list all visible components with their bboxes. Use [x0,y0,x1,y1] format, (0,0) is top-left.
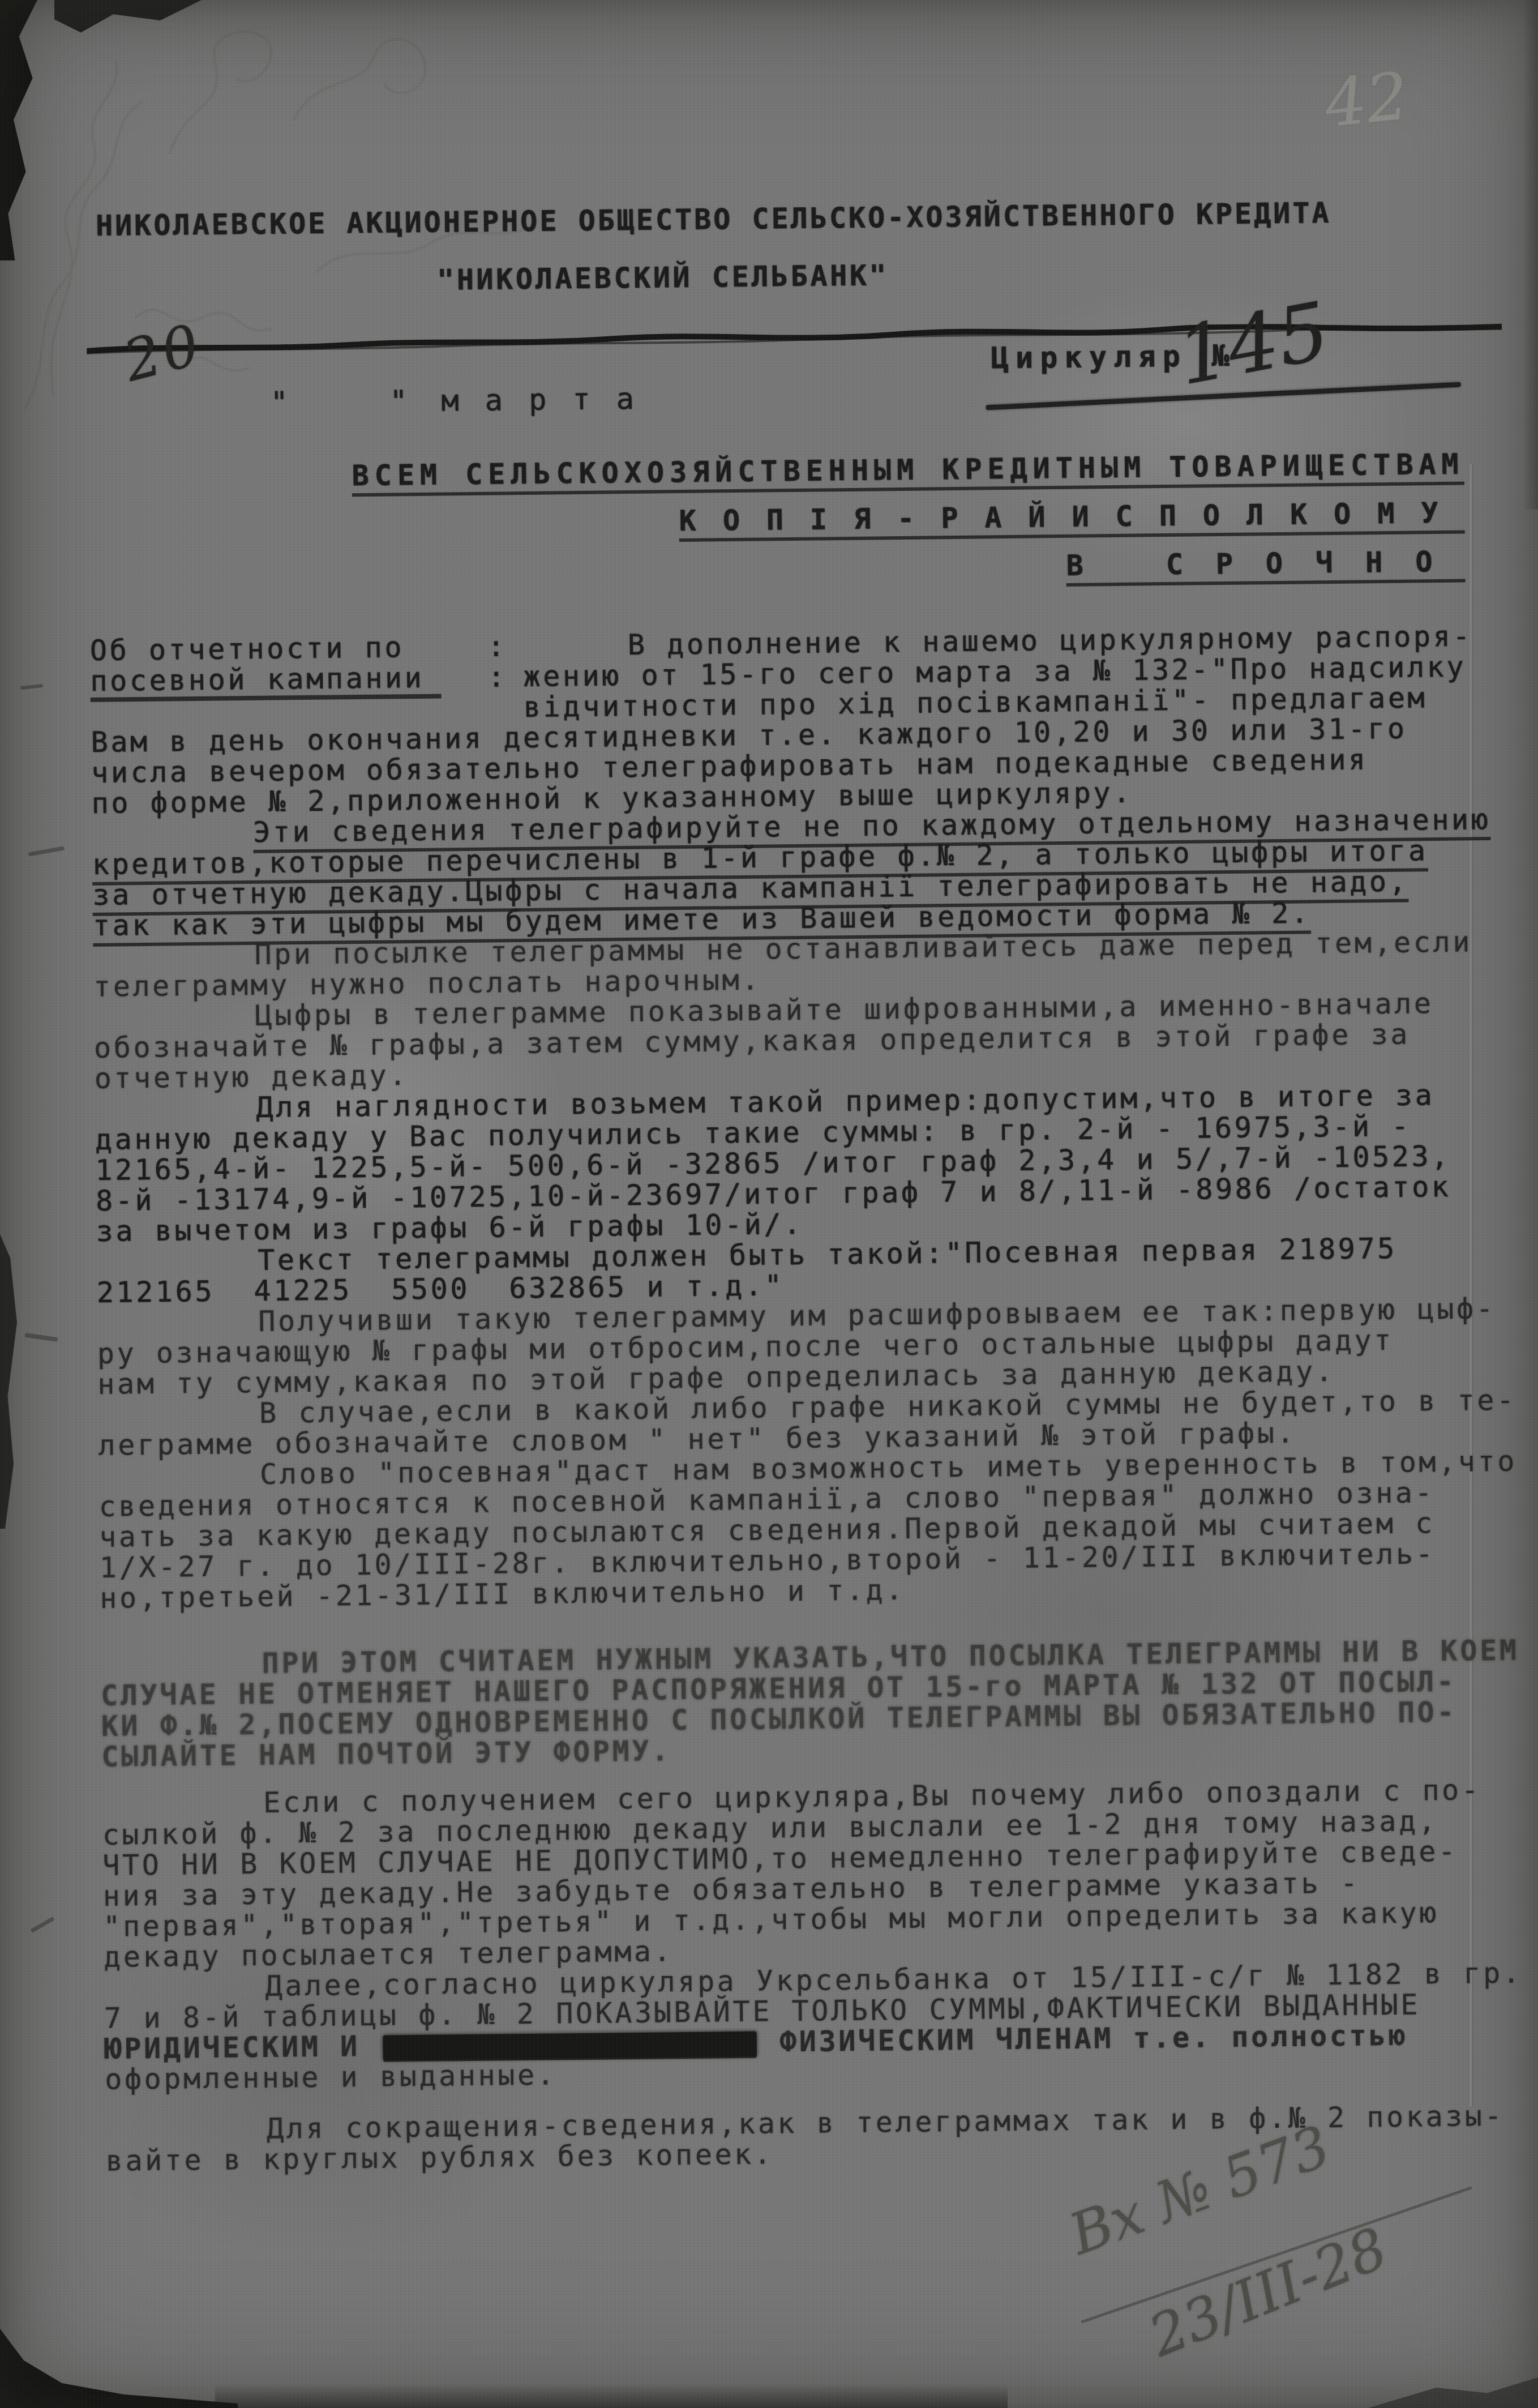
body-text: Об отчетности по: посевной кампании: В д… [90,621,1519,2176]
month-label: марта [441,382,660,418]
paragraph-10-capitals: ПРИ ЭТОМ СЧИТАЕМ НУЖНЫМ УКАЗАТЬ,ЧТО ПОСЫ… [100,1635,1515,1772]
circular-number-field: Циркуляр № 145 [991,336,1479,426]
paragraph-12: Далее,согласно циркуляра Укрсельбанка от… [104,1958,1518,2095]
handwritten-circular-number: 145 [1171,285,1336,403]
paragraph-11: Если с получением сего циркуляра,Вы поче… [102,1774,1517,1973]
open-quote: " [270,386,291,420]
document-content: НИКОЛАЕВСКОЕ АКЦИОНЕРНОЕ ОБЩЕСТВО СЕЛЬСК… [0,0,1538,2177]
handwritten-day: 20 [122,328,204,378]
document-tilt-wrapper: НИКОЛАЕВСКОЕ АКЦИОНЕРНОЕ ОБЩЕСТВО СЕЛЬСК… [0,0,1538,2177]
date-and-number-row: ""марта 20 Циркуляр № 145 [87,344,1501,444]
org-name-line2: "НИКОЛАЕВСКИЙ СЕЛЬБАНК" [437,254,1500,296]
paragraph-9: Слово "посевная"даст нам возможность име… [98,1446,1514,1614]
org-name-line1: НИКОЛАЕВСКОЕ АКЦИОНЕРНОЕ ОБЩЕСТВО СЕЛЬСК… [96,196,1499,241]
scan-edge-bottom-right [1368,2340,1538,2408]
colon: : [487,661,507,698]
paragraph-7: Получивши такую телеграмму им расшифровы… [97,1293,1511,1400]
close-quote: " [389,384,410,418]
handwritten-incoming-date: 23/III-28 [1140,2215,1396,2369]
addressee-line-2: КОПІЯ-РАЙИСПОЛКОМУ [88,498,1464,542]
scan-edge-bottom-left [0,2295,238,2408]
date-field: ""марта 20 [107,353,660,443]
paragraph-4: Цыфры в телеграмме показывайте шифрованн… [93,987,1508,1094]
date-blank [291,411,390,412]
overstruck-redacted-word [383,2031,756,2060]
subject-and-opening-row: Об отчетности по: посевной кампании: В д… [90,621,1505,727]
subject-line-1: Об отчетности по: [90,631,524,666]
addressee-block: ВСЕМ СЕЛЬСКОХОЗЯЙСТВЕННЫМ КРЕДИТНЫМ ТОВА… [88,448,1502,591]
paragraph-5-example: Для наглядности возьмем такой пример:доп… [95,1079,1510,1247]
colon: : [487,631,507,661]
scan-edge-bottom [215,2384,1008,2408]
subject-label: Об отчетности по: посевной кампании: [90,631,524,702]
letterhead: НИКОЛАЕВСКОЕ АКЦИОНЕРНОЕ ОБЩЕСТВО СЕЛЬСК… [85,196,1500,299]
paragraph-1-right-column: В дополнение к нашемо циркулярному распо… [523,621,1505,722]
addressee-line-3: В СРОЧНО [89,546,1465,591]
scanned-document-page: 42 НИКОЛАЕВСКОЕ АКЦИОНЕРНОЕ ОБЩЕСТВО СЕЛ… [0,0,1538,2408]
addressee-line-1: ВСЕМ СЕЛЬСКОХОЗЯЙСТВЕННЫМ КРЕДИТНЫМ ТОВА… [88,449,1464,494]
paragraph-2-underlined: Эти сведения телеграфируйте не по каждом… [92,804,1506,941]
subject-line-2: посевной кампании: [90,661,524,702]
